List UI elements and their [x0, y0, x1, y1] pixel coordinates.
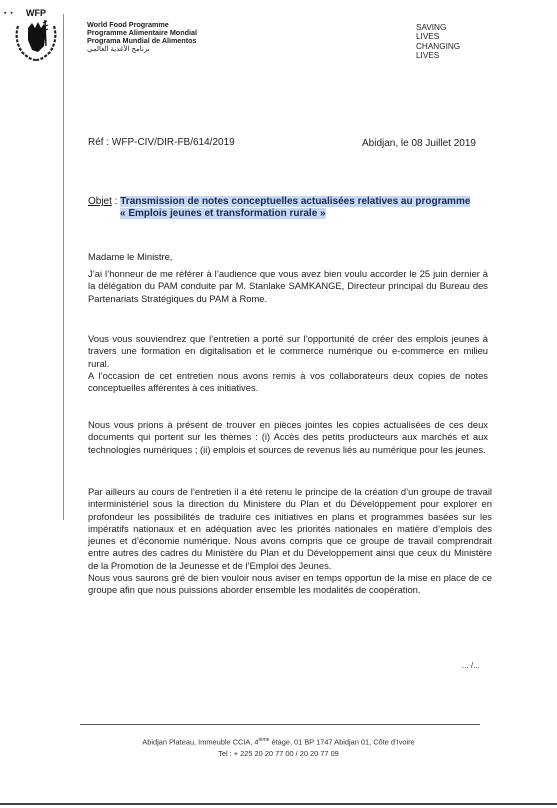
- paragraph-saurons-gre: Nous vous saurons gré de bien vouloir no…: [88, 572, 492, 597]
- footer-phone: Tel : + 225 20 20 77 00 / 20 20 77 09: [0, 749, 557, 758]
- address-part: Abidjan Plateau, Immeuble CCIA, 4: [142, 737, 258, 746]
- footer-address: Abidjan Plateau, Immeuble CCIA, 4ième ét…: [0, 737, 557, 746]
- paragraph-par-ailleurs: Par ailleurs au cours de l’entretien il …: [88, 486, 492, 572]
- subject-line-2: « Emplois jeunes et transformation rural…: [120, 208, 326, 219]
- subject-label: Objet: [88, 196, 112, 207]
- footer-divider: [80, 724, 480, 725]
- place-date: Abidjan, le 08 Juillet 2019: [362, 138, 476, 149]
- subject: Objet : Transmission de notes conceptuel…: [88, 196, 470, 220]
- paragraph-pieces-jointes: Nous vous prions à présent de trouver en…: [88, 419, 488, 456]
- org-name-ar: برنامج الأغذية العالمي: [87, 46, 197, 54]
- page-bottom-edge: [0, 803, 557, 805]
- paragraph-audience: J’ai l’honneur de me référer à l’audienc…: [88, 268, 488, 305]
- slogan-line: LIVES: [416, 52, 460, 61]
- paragraph-remis: A l’occasion de cet entretien nous avons…: [88, 370, 488, 395]
- subject-separator: :: [112, 196, 120, 207]
- svg-text:WFP: WFP: [26, 8, 46, 18]
- address-part: étage, 01 BP 1747 Abidjan 01, Côte d’Ivo…: [269, 737, 414, 746]
- reference-number: Réf : WFP-CIV/DIR-FB/614/2019: [88, 137, 235, 148]
- slogan: SAVING LIVES CHANGING LIVES: [416, 24, 460, 60]
- wfp-logo-icon: WFP: [8, 6, 64, 62]
- paragraph-entretien: Vous vous souviendrez que l’entretien a …: [88, 333, 488, 394]
- salutation: Madame le Ministre,: [88, 251, 488, 263]
- organization-names: World Food Programme Programme Alimentai…: [87, 21, 197, 54]
- subject-line-1: Transmission de notes conceptuelles actu…: [120, 196, 470, 207]
- continuation-mark: ... /...: [462, 661, 480, 670]
- slogan-line: LIVES: [416, 33, 460, 42]
- header-divider: [63, 14, 64, 520]
- address-sup: ième: [259, 737, 270, 743]
- paragraph-souviendrez: Vous vous souviendrez que l’entretien a …: [88, 333, 488, 370]
- org-name-es: Programa Mundial de Alimentos: [87, 37, 197, 45]
- paragraph-groupe-travail: Par ailleurs au cours de l’entretien il …: [88, 486, 492, 597]
